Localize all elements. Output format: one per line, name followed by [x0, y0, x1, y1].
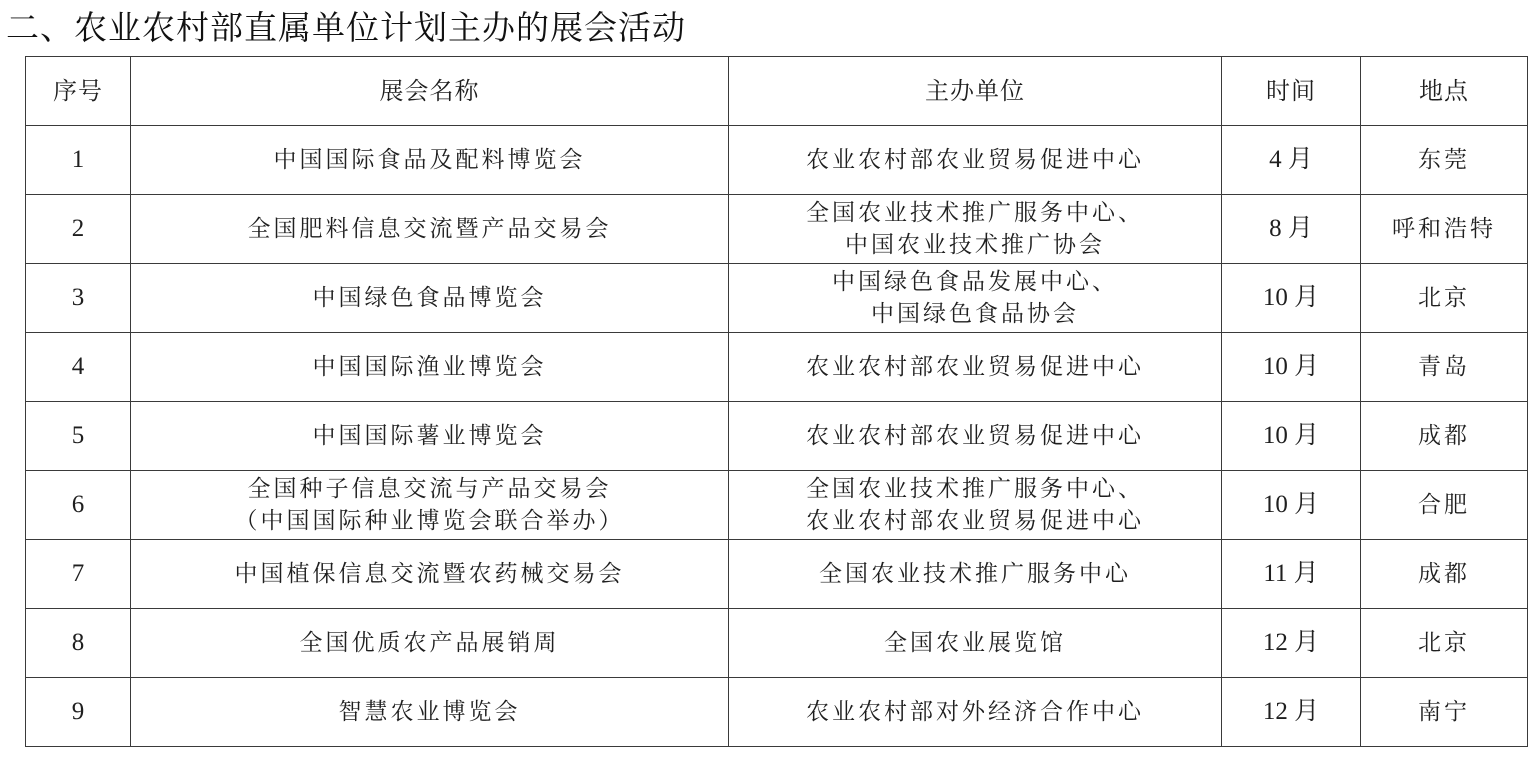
header-no: 序号 — [26, 57, 131, 126]
cell-organizer: 农业农村部农业贸易促进中心 — [729, 126, 1222, 195]
table-row: 3中国绿色食品博览会中国绿色食品发展中心、中国绿色食品协会10 月北京 — [26, 264, 1528, 333]
cell-name-line: 全国肥料信息交流暨产品交易会 — [131, 213, 728, 245]
cell-no: 2 — [26, 195, 131, 264]
cell-time: 10 月 — [1222, 471, 1361, 540]
cell-no: 4 — [26, 333, 131, 402]
cell-organizer: 全国农业展览馆 — [729, 609, 1222, 678]
exhibition-table: 序号 展会名称 主办单位 时间 地点 1中国国际食品及配料博览会农业农村部农业贸… — [25, 56, 1528, 747]
table-row: 6全国种子信息交流与产品交易会（中国国际种业博览会联合举办）全国农业技术推广服务… — [26, 471, 1528, 540]
cell-name: 全国肥料信息交流暨产品交易会 — [131, 195, 729, 264]
cell-no: 1 — [26, 126, 131, 195]
cell-organizer: 农业农村部农业贸易促进中心 — [729, 402, 1222, 471]
cell-no: 6 — [26, 471, 131, 540]
cell-time: 12 月 — [1222, 609, 1361, 678]
cell-no: 9 — [26, 678, 131, 747]
cell-place: 成都 — [1361, 402, 1528, 471]
cell-name: 中国国际食品及配料博览会 — [131, 126, 729, 195]
cell-place: 呼和浩特 — [1361, 195, 1528, 264]
cell-place: 成都 — [1361, 540, 1528, 609]
section-title: 二、农业农村部直属单位计划主办的展会活动 — [6, 6, 686, 50]
cell-organizer-line: 全国农业技术推广服务中心 — [729, 558, 1221, 590]
cell-name-line: 中国绿色食品博览会 — [131, 282, 728, 314]
cell-name: 中国国际薯业博览会 — [131, 402, 729, 471]
cell-time: 8 月 — [1222, 195, 1361, 264]
cell-name-line: 全国种子信息交流与产品交易会 — [131, 473, 728, 505]
cell-no: 7 — [26, 540, 131, 609]
cell-time: 4 月 — [1222, 126, 1361, 195]
table-row: 8全国优质农产品展销周全国农业展览馆12 月北京 — [26, 609, 1528, 678]
cell-time: 11 月 — [1222, 540, 1361, 609]
cell-name-line: 中国国际薯业博览会 — [131, 420, 728, 452]
cell-place: 南宁 — [1361, 678, 1528, 747]
cell-name-line: 全国优质农产品展销周 — [131, 627, 728, 659]
cell-organizer-line: 农业农村部农业贸易促进中心 — [729, 505, 1221, 537]
cell-name-line: （中国国际种业博览会联合举办） — [131, 505, 728, 537]
cell-organizer-line: 全国农业技术推广服务中心、 — [729, 473, 1221, 505]
cell-no: 3 — [26, 264, 131, 333]
cell-organizer-line: 全国农业技术推广服务中心、 — [729, 197, 1221, 229]
cell-place: 合肥 — [1361, 471, 1528, 540]
cell-name-line: 中国国际食品及配料博览会 — [131, 144, 728, 176]
cell-name: 全国优质农产品展销周 — [131, 609, 729, 678]
header-place: 地点 — [1361, 57, 1528, 126]
cell-name: 智慧农业博览会 — [131, 678, 729, 747]
cell-organizer: 全国农业技术推广服务中心、中国农业技术推广协会 — [729, 195, 1222, 264]
cell-name-line: 智慧农业博览会 — [131, 696, 728, 728]
cell-name: 全国种子信息交流与产品交易会（中国国际种业博览会联合举办） — [131, 471, 729, 540]
cell-organizer: 农业农村部对外经济合作中心 — [729, 678, 1222, 747]
table-row: 4中国国际渔业博览会农业农村部农业贸易促进中心10 月青岛 — [26, 333, 1528, 402]
table-row: 7中国植保信息交流暨农药械交易会全国农业技术推广服务中心11 月成都 — [26, 540, 1528, 609]
header-time: 时间 — [1222, 57, 1361, 126]
cell-time: 10 月 — [1222, 402, 1361, 471]
cell-time: 12 月 — [1222, 678, 1361, 747]
table-header-row: 序号 展会名称 主办单位 时间 地点 — [26, 57, 1528, 126]
header-organizer: 主办单位 — [729, 57, 1222, 126]
cell-organizer: 农业农村部农业贸易促进中心 — [729, 333, 1222, 402]
cell-organizer-line: 农业农村部农业贸易促进中心 — [729, 420, 1221, 452]
table-row: 5中国国际薯业博览会农业农村部农业贸易促进中心10 月成都 — [26, 402, 1528, 471]
cell-organizer-line: 农业农村部对外经济合作中心 — [729, 696, 1221, 728]
cell-name-line: 中国植保信息交流暨农药械交易会 — [131, 558, 728, 590]
cell-place: 东莞 — [1361, 126, 1528, 195]
cell-organizer-line: 中国农业技术推广协会 — [729, 229, 1221, 261]
table-row: 9智慧农业博览会农业农村部对外经济合作中心12 月南宁 — [26, 678, 1528, 747]
cell-place: 青岛 — [1361, 333, 1528, 402]
cell-name: 中国绿色食品博览会 — [131, 264, 729, 333]
cell-time: 10 月 — [1222, 333, 1361, 402]
cell-organizer: 全国农业技术推广服务中心、农业农村部农业贸易促进中心 — [729, 471, 1222, 540]
cell-organizer-line: 农业农村部农业贸易促进中心 — [729, 144, 1221, 176]
cell-organizer-line: 全国农业展览馆 — [729, 627, 1221, 659]
cell-place: 北京 — [1361, 264, 1528, 333]
cell-organizer-line: 中国绿色食品发展中心、 — [729, 266, 1221, 298]
table-row: 2全国肥料信息交流暨产品交易会全国农业技术推广服务中心、中国农业技术推广协会8 … — [26, 195, 1528, 264]
cell-organizer-line: 中国绿色食品协会 — [729, 298, 1221, 330]
cell-organizer-line: 农业农村部农业贸易促进中心 — [729, 351, 1221, 383]
cell-name: 中国国际渔业博览会 — [131, 333, 729, 402]
cell-name: 中国植保信息交流暨农药械交易会 — [131, 540, 729, 609]
cell-organizer: 中国绿色食品发展中心、中国绿色食品协会 — [729, 264, 1222, 333]
table-row: 1中国国际食品及配料博览会农业农村部农业贸易促进中心4 月东莞 — [26, 126, 1528, 195]
cell-time: 10 月 — [1222, 264, 1361, 333]
cell-organizer: 全国农业技术推广服务中心 — [729, 540, 1222, 609]
cell-no: 5 — [26, 402, 131, 471]
header-name: 展会名称 — [131, 57, 729, 126]
cell-place: 北京 — [1361, 609, 1528, 678]
cell-name-line: 中国国际渔业博览会 — [131, 351, 728, 383]
cell-no: 8 — [26, 609, 131, 678]
